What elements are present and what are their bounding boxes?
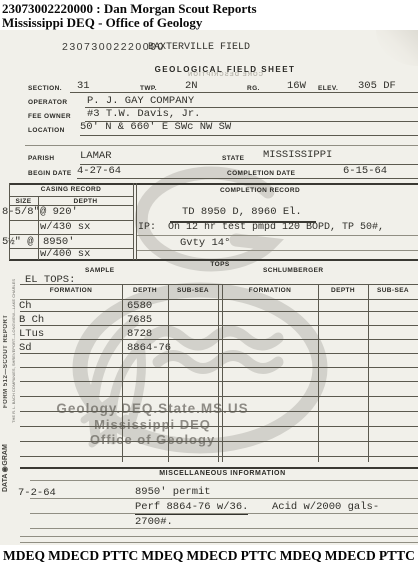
rule-line [20, 536, 418, 537]
form-number-margin-text: FORM 512—SCOUT REPORT [3, 303, 9, 408]
rule-line [20, 284, 418, 285]
screenshot-root: 23073002220000 : Dan Morgan Scout Report… [0, 0, 418, 568]
completion-line-2: IP: On 12 hr test pmpd 120 BOPD, TP 50#, [138, 222, 384, 234]
tops-title: TOPS [200, 261, 240, 268]
stamp-text: MDECD [325, 548, 376, 564]
misc-title: MISCELLANEOUS INFORMATION [100, 470, 345, 477]
rule-line [9, 205, 133, 206]
stamp-text: MDEQ [3, 548, 45, 564]
rule-line [70, 92, 418, 93]
rule-line [80, 135, 418, 136]
rule-line [20, 542, 418, 543]
completion-date-value: 6-15-64 [343, 165, 387, 177]
page-header-subtitle: Mississippi DEQ - Office of Geology [2, 15, 202, 31]
parish-label: PARISH [28, 155, 54, 162]
schlumberger-label: SCHLUMBERGER [263, 267, 323, 274]
col-subsea-1: SUB-SEA [168, 287, 218, 294]
stamp-text: MDEQ [280, 548, 322, 564]
rule-line [30, 528, 418, 529]
rule-line [137, 235, 418, 236]
begin-date-value: 4-27-64 [77, 165, 121, 177]
casing-col-size: SIZE [9, 198, 38, 205]
misc-line-3: 2700#. [135, 516, 173, 528]
rule-line [133, 183, 134, 260]
misc-line-1: 8950' permit [135, 486, 211, 498]
completion-line-1: TD 8950 D, 8960 El. [182, 206, 302, 218]
rule-line [20, 411, 418, 412]
casing-col-depth: DEPTH [38, 198, 133, 205]
sample-label: SAMPLE [85, 267, 115, 274]
stamp-text: MDEQ [141, 548, 183, 564]
footer-stamps: MDEQ MDECD PTTC MDEQ MDECD PTTC MDEQ MDE… [0, 548, 418, 564]
state-label: STATE [222, 155, 244, 162]
rule-line [318, 284, 319, 462]
rule-line [85, 107, 418, 108]
stamp-text: PTTC [102, 548, 138, 564]
rule-line [20, 299, 418, 300]
rule-line [80, 164, 418, 165]
rule-line [9, 183, 418, 185]
casing-size-3: 5½" @ [2, 236, 34, 248]
col-formation-1: FORMATION [20, 287, 122, 294]
col-formation-2: FORMATION [222, 287, 318, 294]
rule-line [170, 221, 316, 223]
stamp-text: PTTC [379, 548, 415, 564]
col-depth-2: DEPTH [318, 287, 368, 294]
rule-line [20, 311, 418, 312]
rule-line [38, 196, 39, 260]
rule-line [20, 426, 418, 427]
watermark-org: Mississippi DEQ [30, 417, 275, 432]
fee-owner-label: FEE OWNER [28, 113, 71, 120]
field-name: BAXTERVILLE FIELD [148, 42, 250, 54]
rule-line [136, 183, 137, 260]
rule-line [9, 248, 133, 249]
rule-line [20, 441, 418, 442]
col-subsea-2: SUB-SEA [368, 287, 418, 294]
rule-line [9, 183, 10, 260]
rule-line [30, 480, 418, 481]
bleed-through-text: CORE DESCRIPTION [187, 72, 263, 78]
rule-line [368, 284, 369, 462]
elev-label: ELEV. [318, 85, 338, 92]
operator-value: P. J. GAY COMPANY [87, 95, 194, 107]
begin-date-label: BEGIN DATE [28, 170, 72, 177]
state-value: MISSISSIPPI [263, 149, 332, 161]
parish-value: LAMAR [80, 150, 112, 162]
rule-line [168, 284, 169, 462]
completion-date-label: COMPLETION DATE [227, 170, 295, 177]
rule-line [137, 250, 418, 251]
operator-label: OPERATOR [28, 99, 67, 106]
rule-line [9, 259, 418, 261]
rule-line [218, 284, 219, 462]
col-depth-1: DEPTH [122, 287, 168, 294]
completion-record-title: COMPLETION RECORD [140, 187, 380, 194]
casing-record-title: CASING RECORD [9, 186, 133, 193]
rule-line [20, 396, 418, 397]
rule-line [9, 220, 133, 221]
rule-line [122, 284, 123, 462]
section-value: 31 [77, 80, 90, 92]
elev-value: 305 DF [358, 80, 396, 92]
rule-line [30, 513, 418, 514]
rule-line [20, 339, 418, 340]
casing-size-1: 8-5/8" [2, 206, 40, 218]
rule-line [9, 196, 133, 197]
casing-depth-2: w/430 sx [40, 221, 90, 233]
rule-line [20, 325, 418, 326]
location-label: LOCATION [28, 127, 65, 134]
rule-line [20, 367, 418, 368]
rule-line [20, 353, 418, 354]
location-value: 50' N & 660' E SWc NW SW [80, 121, 231, 133]
rule-line [9, 234, 133, 235]
rule-line [222, 284, 223, 462]
datagram-logo-text: DATA◉GRAM [2, 436, 10, 492]
rule-line [20, 381, 418, 382]
stamp-text: MDECD [48, 548, 99, 564]
stamp-text: PTTC [241, 548, 277, 564]
company-margin-text: THE R. L. BACH COMPANIES, SHREVEPORT—LON… [11, 293, 16, 423]
rule-line [85, 121, 418, 122]
casing-depth-3: 8950' [43, 236, 75, 248]
rule-line [30, 498, 418, 499]
section-label: SECTION. [28, 85, 62, 92]
rule-line [77, 178, 418, 179]
misc-acid-note: Acid w/2000 gals- [272, 501, 379, 513]
casing-depth-1: @ 920' [40, 206, 78, 218]
stamp-text: MDECD [186, 548, 237, 564]
completion-line-3: Gvty 14° [180, 237, 230, 249]
rg-label: RG. [247, 85, 260, 92]
watermark-url: Geology.DEQ.State.MS.US [30, 401, 275, 416]
rule-line [20, 467, 418, 469]
twp-value: 2N [185, 80, 198, 92]
twp-label: TWP. [140, 85, 157, 92]
fee-owner-value: #3 T.W. Davis, Jr. [87, 108, 200, 120]
rg-value: 16W [287, 80, 306, 92]
rule-line [20, 456, 418, 457]
watermark-office: Office of Geology [30, 432, 275, 447]
rule-line [25, 145, 418, 146]
